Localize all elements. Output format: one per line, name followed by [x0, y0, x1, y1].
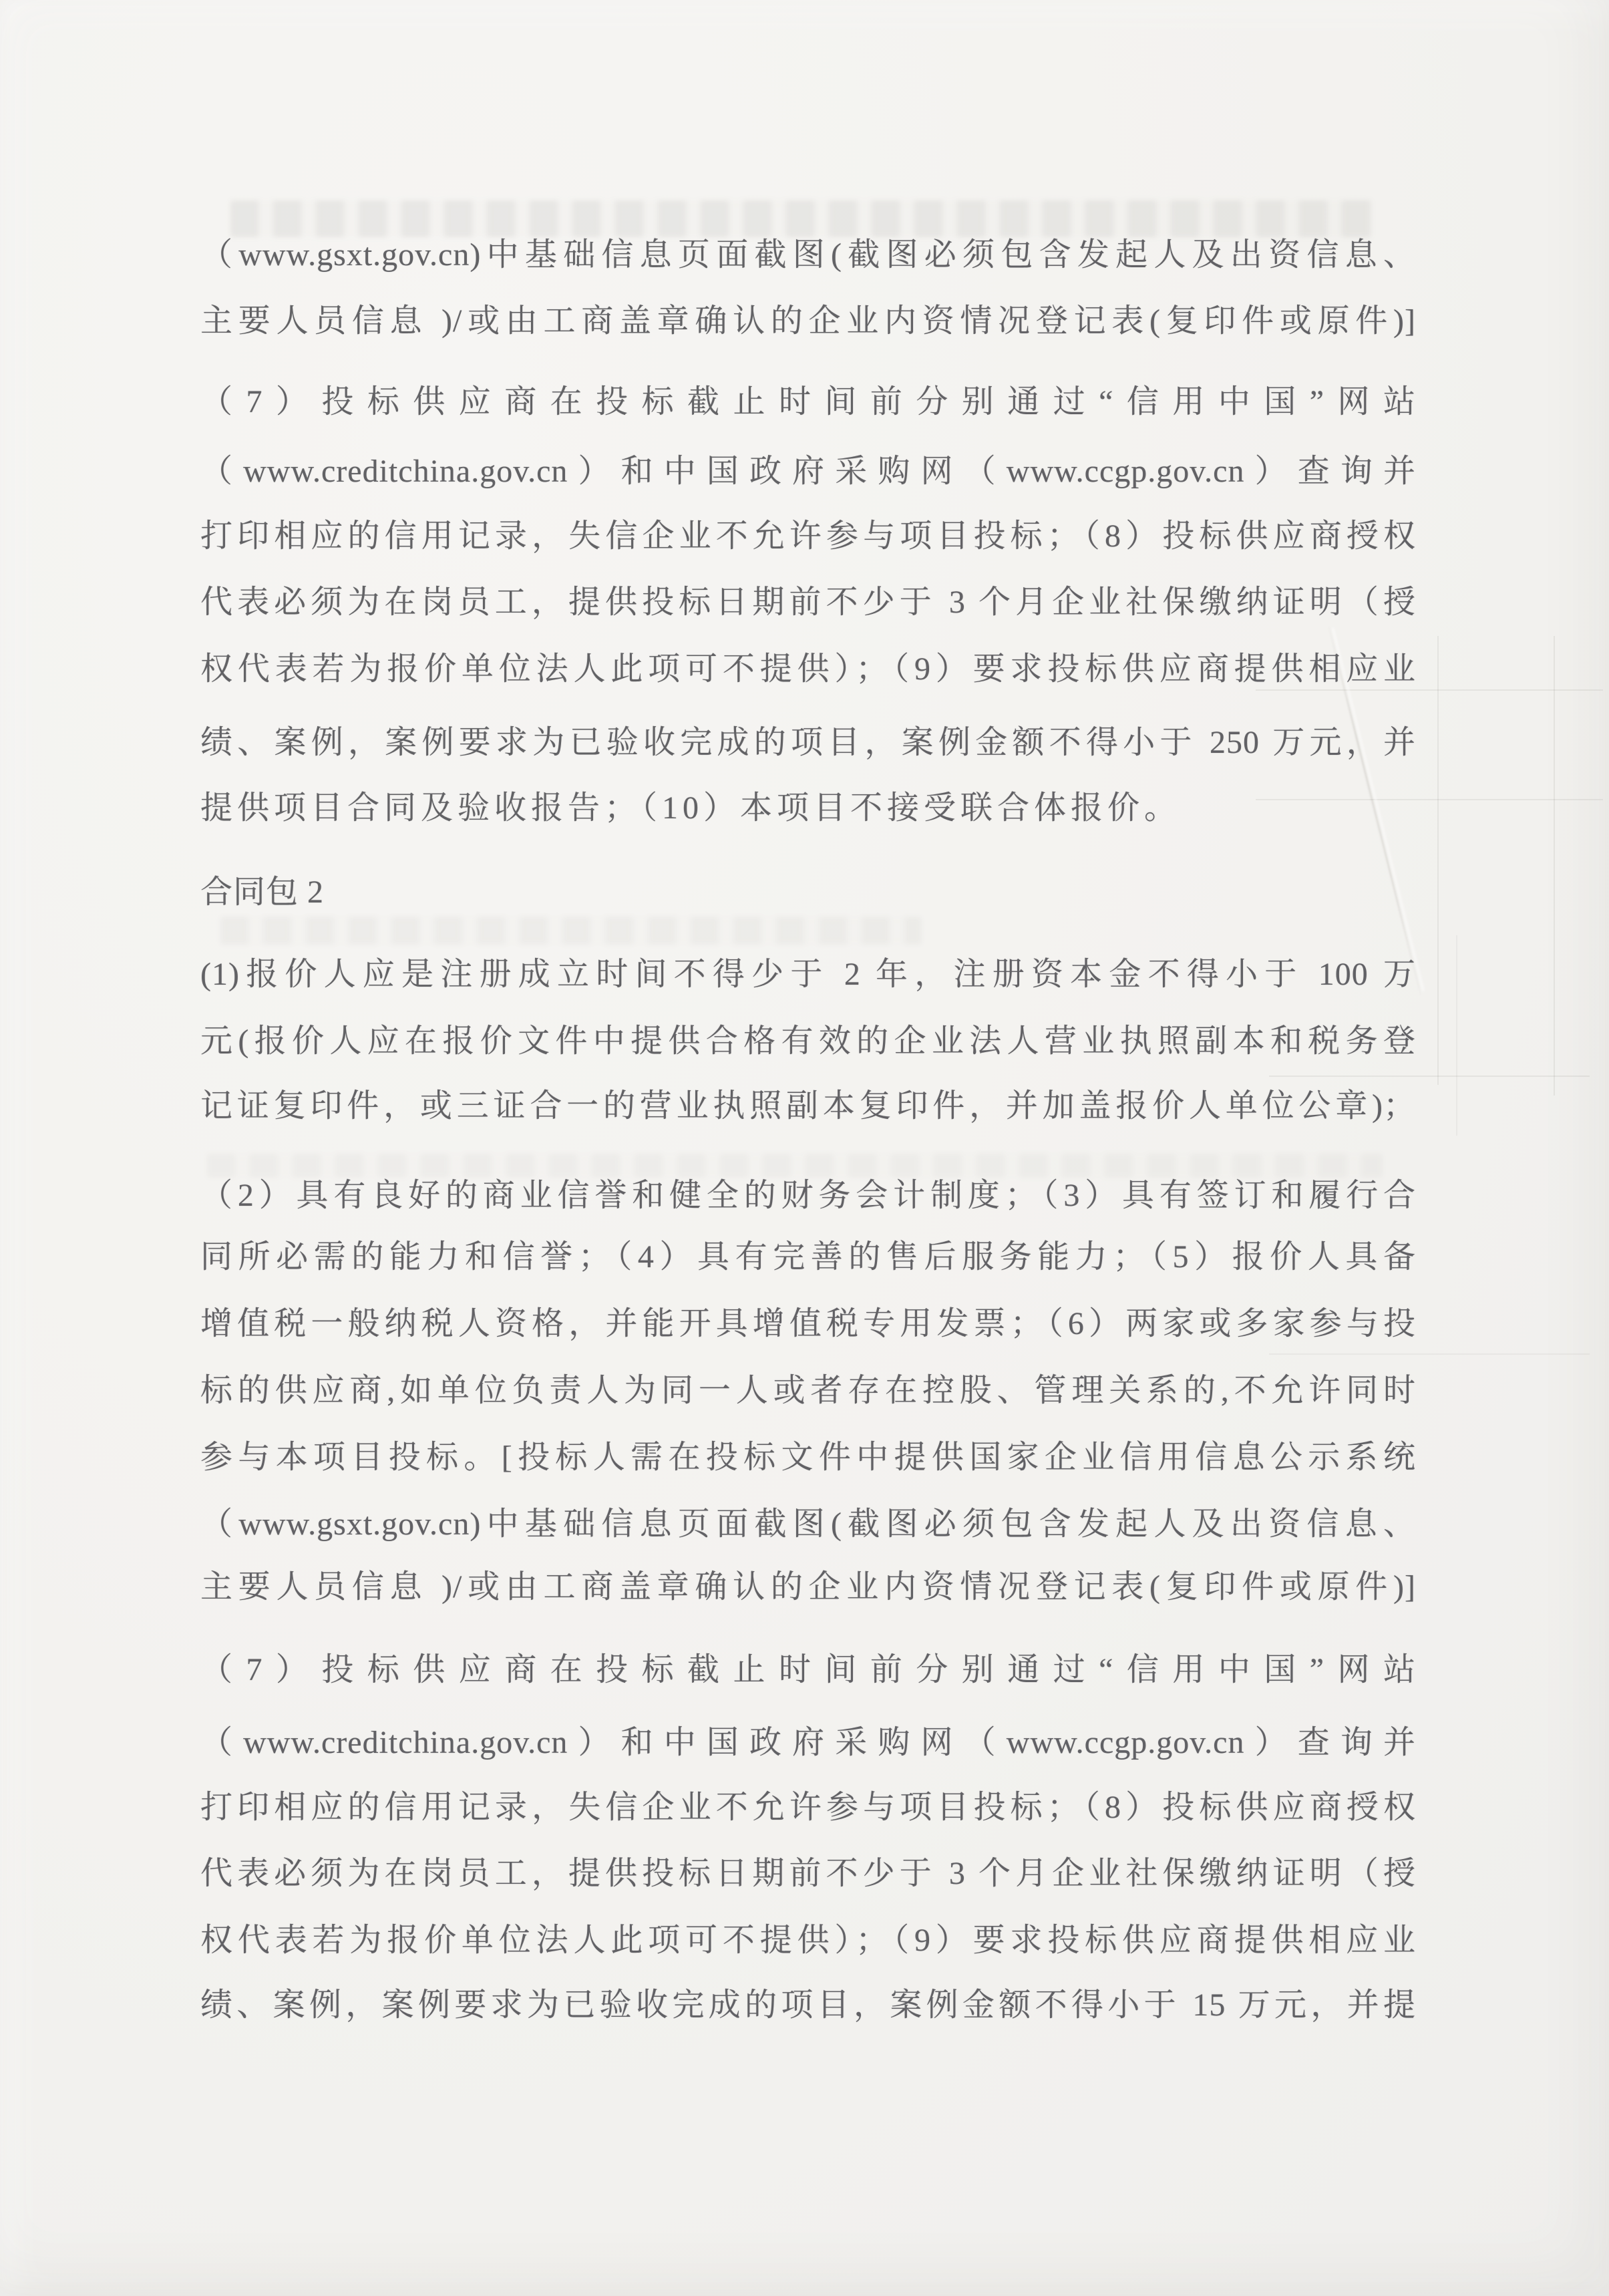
grid-line [1269, 1076, 1590, 1077]
text-line: 打印相应的信用记录，失信企业不允许参与项目投标；（8）投标供应商授权 [200, 516, 1416, 556]
text-line: 代表必须为在岗员工，提供投标日期前不少于 3 个月企业社保缴纳证明（授 [200, 1854, 1416, 1894]
text-line: 元(报价人应在报价文件中提供合格有效的企业法人营业执照副本和税务登 [200, 1021, 1416, 1061]
text-line: 增值税一般纳税人资格，并能开具增值税专用发票；（6）两家或多家参与投 [200, 1304, 1416, 1344]
text-line: （www.creditchina.gov.cn）和中国政府采购网（www.ccg… [200, 1723, 1416, 1763]
text-line: 绩、案例，案例要求为已验收完成的项目，案例金额不得小于 15 万元，并提 [200, 1985, 1416, 2025]
text-line: 主要人员信息 )/或由工商盖章确认的企业内资情况登记表(复印件或原件)] [200, 1567, 1416, 1607]
text-line: （7）投标供应商在投标截止时间前分别通过“信用中国”网站 [200, 382, 1416, 422]
text-line: 权代表若为报价单位法人此项可不提供）；（9）要求投标供应商提供相应业 [200, 1921, 1416, 1961]
text-line: 标的供应商,如单位负责人为同一人或者存在控股、管理关系的,不允许同时 [200, 1371, 1416, 1411]
grid-line [1256, 689, 1603, 691]
text-line: 提供项目合同及验收报告；（10）本项目不接受联合体报价。 [200, 788, 1181, 828]
text-line: 同所必需的能力和信誉；（4）具有完善的售后服务能力；（5）报价人具备 [200, 1237, 1416, 1277]
scanned-page: （www.gsxt.gov.cn)中基础信息页面截图(截图必须包含发起人及出资信… [0, 0, 1609, 2296]
bleedthrough-text-artifact [220, 917, 922, 945]
grid-line [1437, 636, 1439, 1085]
grid-line [1554, 636, 1555, 1096]
text-line: （www.gsxt.gov.cn)中基础信息页面截图(截图必须包含发起人及出资信… [200, 1504, 1416, 1544]
text-line: 绩、案例，案例要求为已验收完成的项目，案例金额不得小于 250 万元，并 [200, 723, 1416, 763]
text-line: （www.creditchina.gov.cn）和中国政府采购网（www.ccg… [200, 452, 1416, 492]
bleedthrough-title-artifact [230, 200, 1373, 237]
text-line: （www.gsxt.gov.cn)中基础信息页面截图(截图必须包含发起人及出资信… [200, 235, 1416, 275]
text-line: （7）投标供应商在投标截止时间前分别通过“信用中国”网站 [200, 1650, 1416, 1690]
text-line: (1)报价人应是注册成立时间不得少于 2 年，注册资本金不得小于 100 万 [200, 955, 1416, 995]
text-line: 主要人员信息 )/或由工商盖章确认的企业内资情况登记表(复印件或原件)] [200, 301, 1416, 341]
bleedthrough-text-artifact [207, 1154, 1383, 1178]
text-line: 记证复印件，或三证合一的营业执照副本复印件，并加盖报价人单位公章)； [200, 1086, 1416, 1126]
grid-line [1269, 1353, 1590, 1355]
text-line: （2）具有良好的商业信誉和健全的财务会计制度；（3）具有签订和履行合 [200, 1176, 1416, 1216]
grid-line [1456, 935, 1457, 1136]
section-heading: 合同包 2 [200, 872, 324, 913]
text-line: 打印相应的信用记录，失信企业不允许参与项目投标；（8）投标供应商授权 [200, 1788, 1416, 1828]
text-line: 代表必须为在岗员工，提供投标日期前不少于 3 个月企业社保缴纳证明（授 [200, 583, 1416, 623]
text-line: 权代表若为报价单位法人此项可不提供）；（9）要求投标供应商提供相应业 [200, 649, 1416, 689]
text-line: 参与本项目投标。[投标人需在投标文件中提供国家企业信用信息公示系统 [200, 1438, 1416, 1478]
grid-line [1256, 799, 1603, 800]
